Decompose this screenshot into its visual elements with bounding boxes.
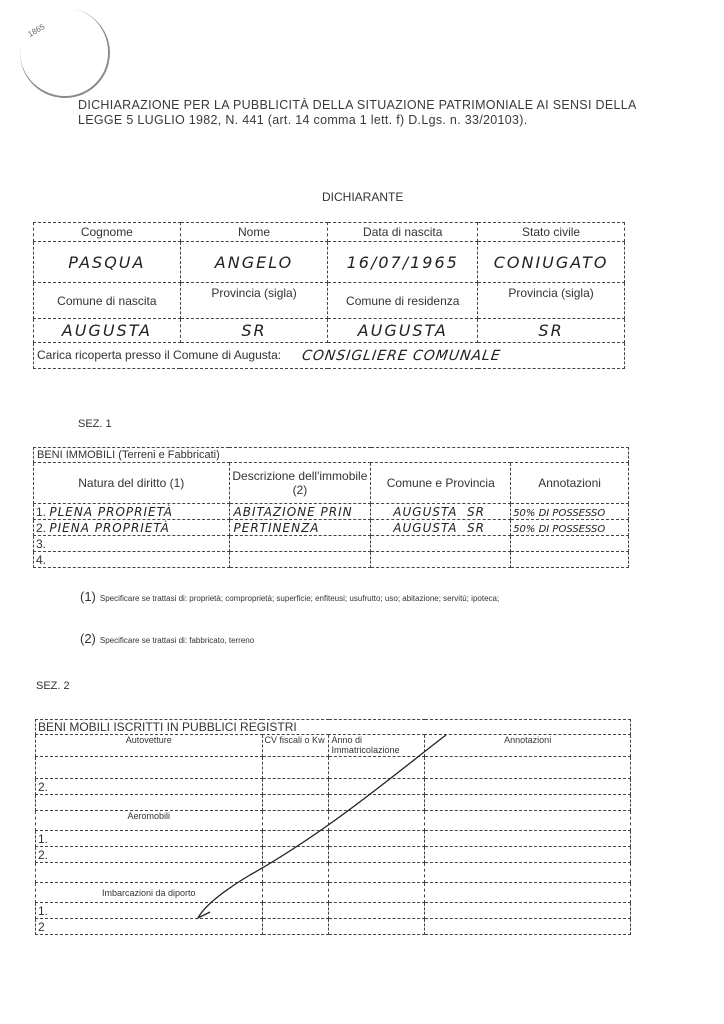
- pen-strikethrough-icon: [0, 0, 724, 1024]
